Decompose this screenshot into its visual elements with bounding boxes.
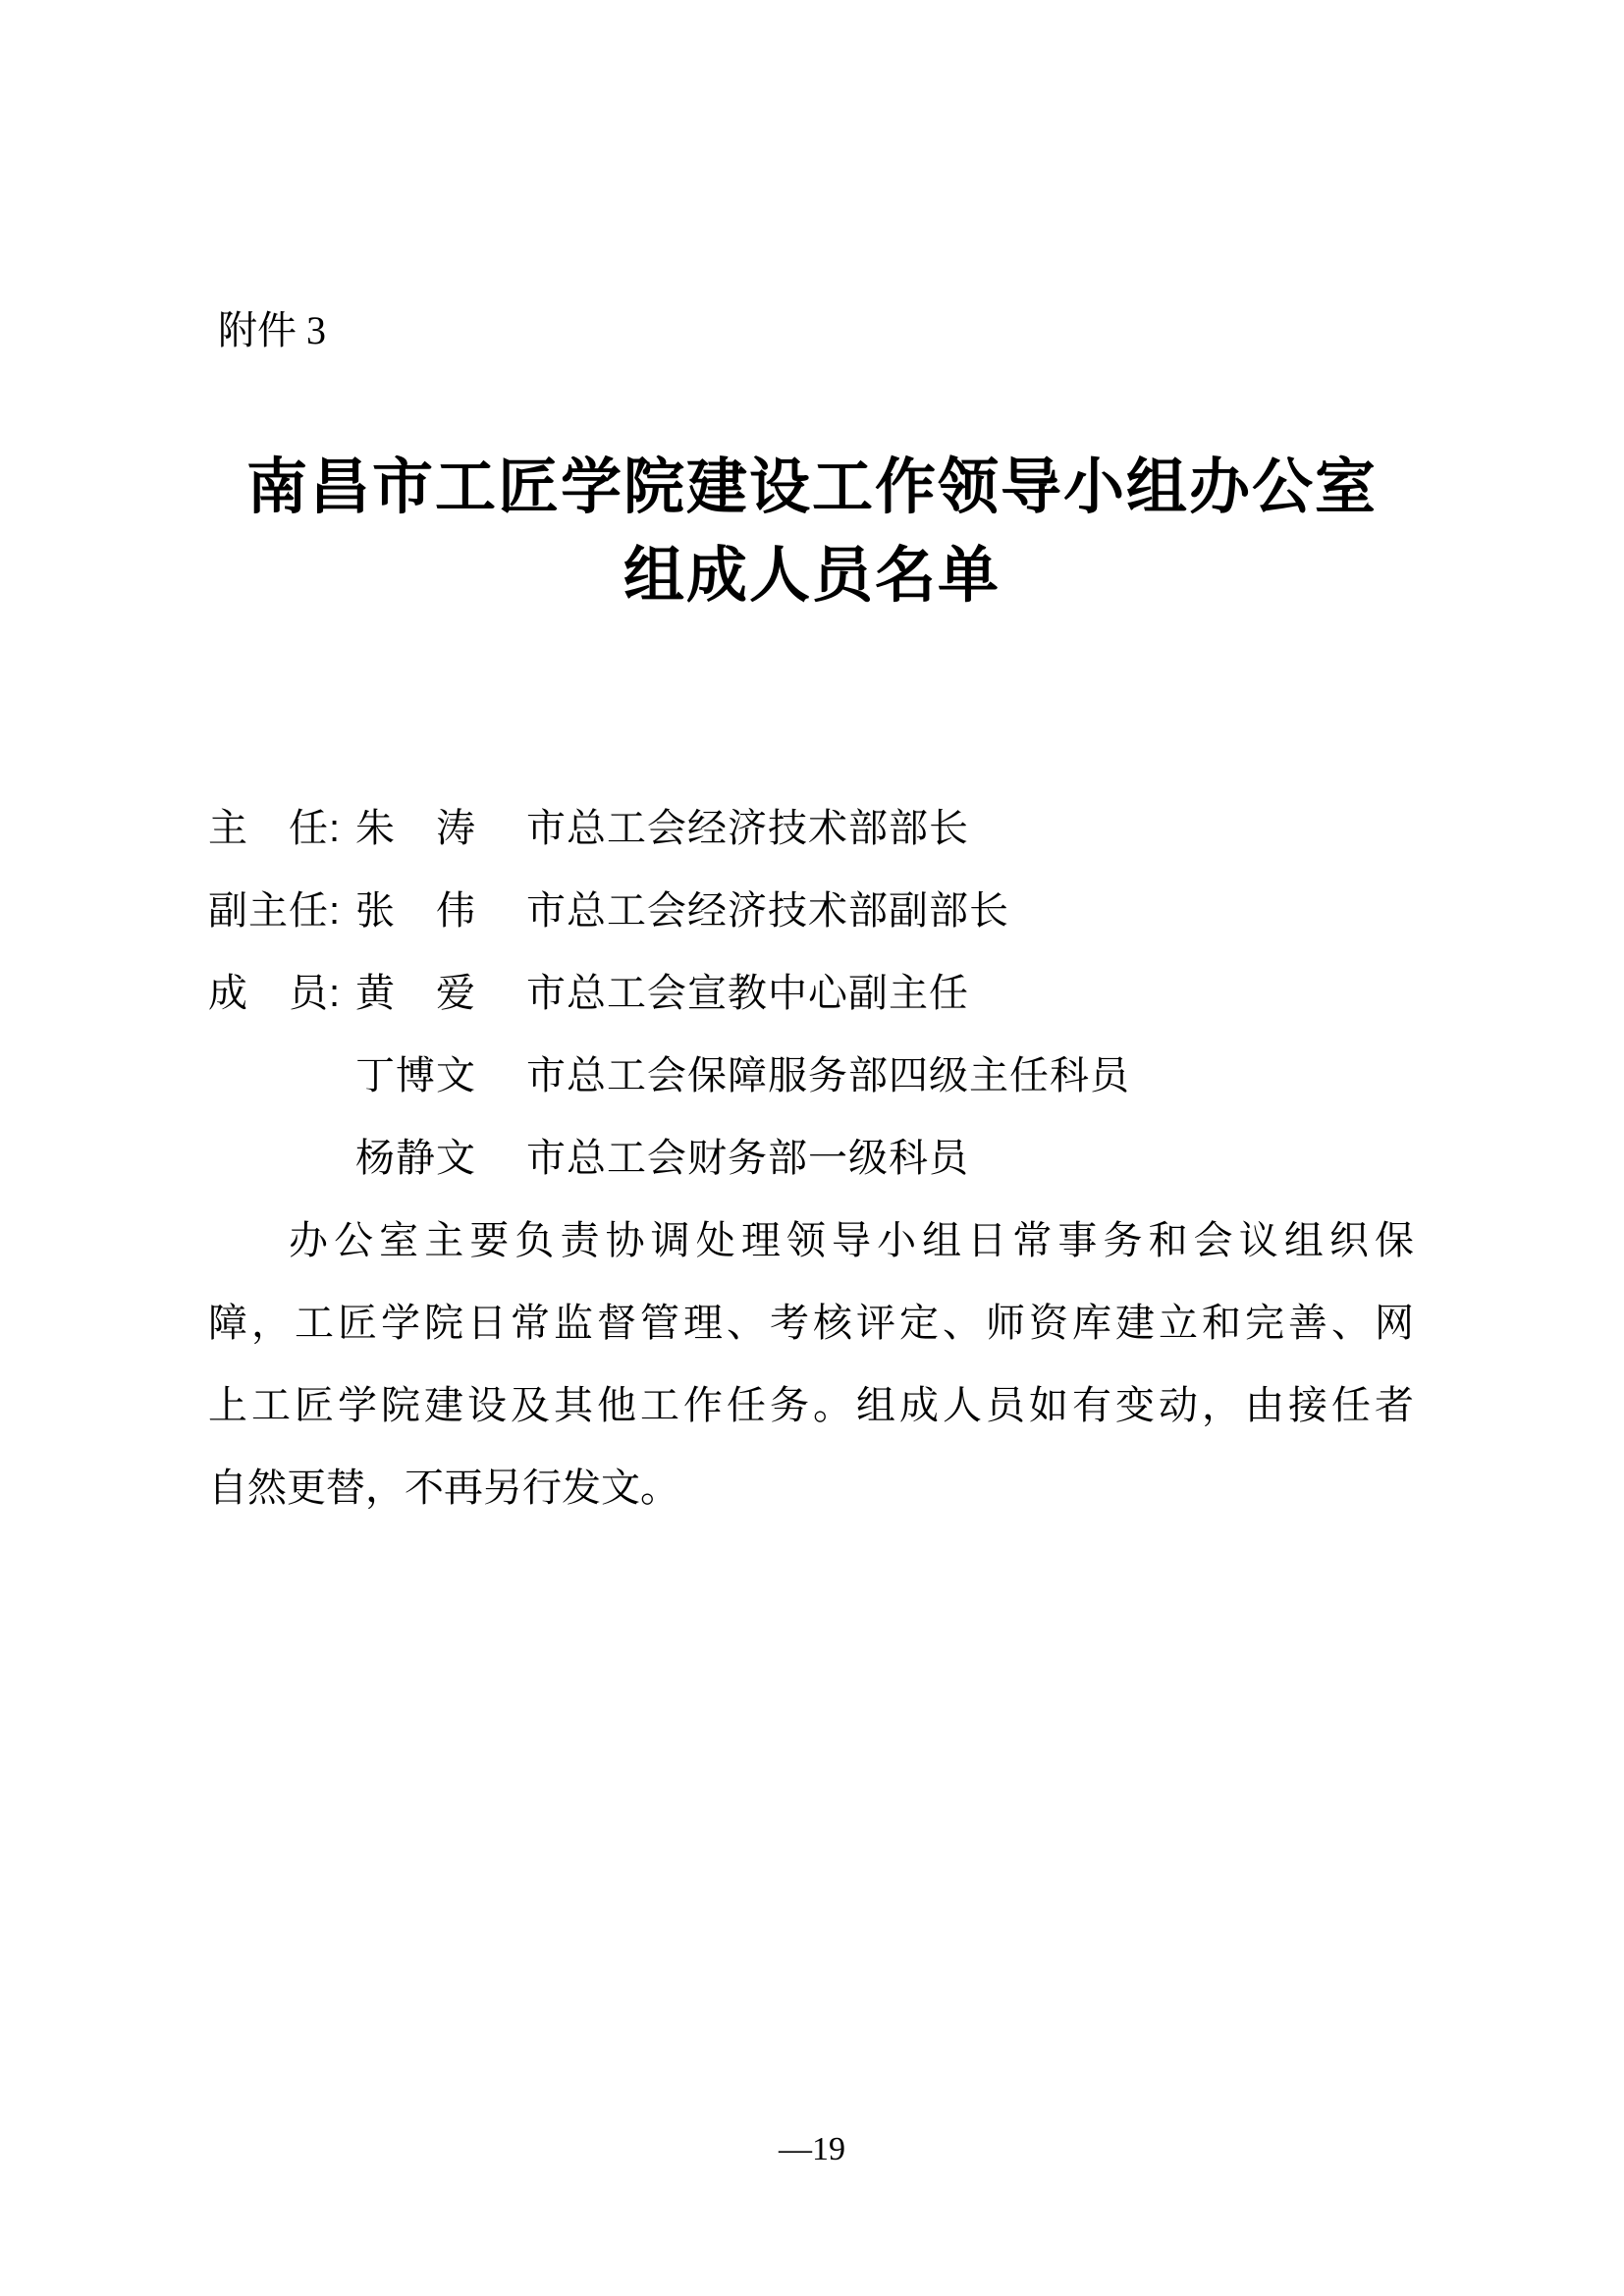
member-name: 朱 涛 (355, 787, 481, 870)
paragraph-line: 障，工匠学院日常监督管理、考核评定、师资库建立和完善、网 (208, 1282, 1414, 1364)
document-body: 主 任: 朱 涛 市总工会经济技术部部长 副主任: 张 伟 市总工会经济技术部副… (208, 787, 1414, 1529)
document-page: 附件 3 南昌市工匠学院建设工作领导小组办公室 组成人员名单 主 任: 朱 涛 … (0, 0, 1624, 2296)
member-row: 主 任: 朱 涛 市总工会经济技术部部长 (208, 787, 1414, 870)
member-desc: 市总工会保障服务部四级主任科员 (526, 1035, 1130, 1117)
member-name: 黄 爱 (355, 952, 481, 1035)
attachment-label: 附件 3 (218, 306, 326, 355)
member-role: 成 员: (208, 952, 355, 1035)
title-line-1: 南昌市工匠学院建设工作领导小组办公室 (0, 444, 1624, 532)
member-desc: 市总工会经济技术部部长 (526, 787, 969, 870)
member-name: 张 伟 (355, 870, 481, 952)
member-name: 杨静文 (355, 1117, 481, 1200)
member-row: 杨静文 市总工会财务部一级科员 (208, 1117, 1414, 1200)
member-desc: 市总工会财务部一级科员 (526, 1117, 969, 1200)
member-role (208, 1035, 355, 1117)
body-paragraph: 办公室主要负责协调处理领导小组日常事务和会议组织保 障，工匠学院日常监督管理、考… (208, 1200, 1414, 1529)
member-desc: 市总工会宣教中心副主任 (526, 952, 969, 1035)
member-list: 主 任: 朱 涛 市总工会经济技术部部长 副主任: 张 伟 市总工会经济技术部副… (208, 787, 1414, 1200)
member-role: 主 任: (208, 787, 355, 870)
title-line-2: 组成人员名单 (0, 532, 1624, 620)
document-title: 南昌市工匠学院建设工作领导小组办公室 组成人员名单 (0, 444, 1624, 620)
member-row: 丁博文 市总工会保障服务部四级主任科员 (208, 1035, 1414, 1117)
member-role: 副主任: (208, 870, 355, 952)
paragraph-line: 上工匠学院建设及其他工作任务。组成人员如有变动，由接任者 (208, 1364, 1414, 1447)
paragraph-line: 办公室主要负责协调处理领导小组日常事务和会议组织保 (208, 1200, 1414, 1282)
member-row: 成 员: 黄 爱 市总工会宣教中心副主任 (208, 952, 1414, 1035)
paragraph-line: 自然更替，不再另行发文。 (208, 1447, 1414, 1529)
page-number: —19 (0, 2130, 1624, 2169)
member-row: 副主任: 张 伟 市总工会经济技术部副部长 (208, 870, 1414, 952)
member-role (208, 1117, 355, 1200)
member-desc: 市总工会经济技术部副部长 (526, 870, 1009, 952)
member-name: 丁博文 (355, 1035, 481, 1117)
